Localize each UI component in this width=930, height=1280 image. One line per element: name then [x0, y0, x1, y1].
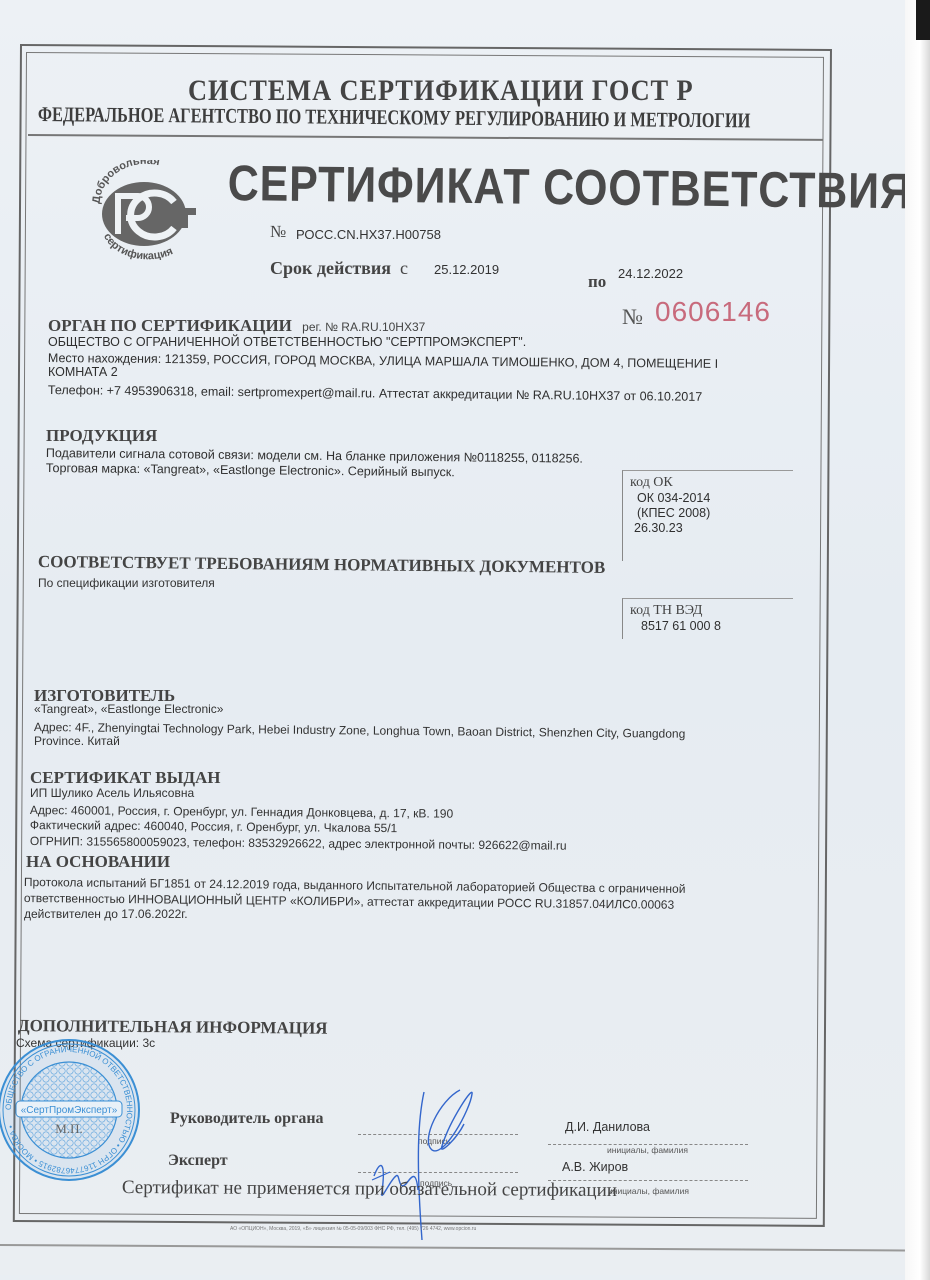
basis-heading: НА ОСНОВАНИИ — [26, 852, 170, 872]
manufacturer-name: «Tangreat», «Eastlonge Electronic» — [34, 702, 223, 716]
code-ok-title: код ОК — [630, 475, 793, 491]
number-label: № — [270, 222, 286, 242]
code-ok-line-2: (КПЕС 2008) — [637, 506, 793, 521]
cert-body-heading: ОРГАН ПО СЕРТИФИКАЦИИ рег. № RA.RU.10НХ3… — [48, 316, 425, 336]
head-name-caption: инициалы, фамилия — [607, 1145, 688, 1155]
expert-name: А.В. Жиров — [562, 1160, 628, 1174]
code-ok-line-1: ОК 034-2014 — [637, 491, 793, 506]
signature-icon — [360, 1080, 510, 1240]
issued-to-name: ИП Шулико Асель Ильясовна — [30, 786, 194, 800]
validity-label: Срок действия с — [270, 258, 408, 279]
basis-line-3: действителен до 17.06.2022г. — [24, 907, 188, 921]
system-title: СИСТЕМА СЕРТИФИКАЦИИ ГОСТ Р — [188, 74, 694, 108]
expert-label: Эксперт — [168, 1152, 228, 1170]
issued-to-heading: СЕРТИФИКАТ ВЫДАН — [30, 768, 221, 788]
cert-body-heading-text: ОРГАН ПО СЕРТИФИКАЦИИ — [48, 316, 292, 335]
blank-number-label: № — [622, 304, 643, 330]
certificate-page: СИСТЕМА СЕРТИФИКАЦИИ ГОСТ Р ФЕДЕРАЛЬНОЕ … — [0, 0, 905, 1275]
compliance-text: По спецификации изготовителя — [38, 576, 215, 590]
product-heading: ПРОДУКЦИЯ — [46, 426, 157, 446]
valid-from: 25.12.2019 — [434, 262, 499, 277]
footer-notice: Сертификат не применяется при обязательн… — [122, 1177, 617, 1202]
cert-body-address-cont: КОМНАТА 2 — [48, 365, 118, 379]
rst-logo-icon: Добровольная сертификация — [88, 160, 203, 260]
valid-to: 24.12.2022 — [618, 266, 683, 281]
code-ok-line-3: 26.30.23 — [634, 521, 793, 536]
code-tn-value: 8517 61 000 8 — [641, 619, 793, 634]
certificate-title: СЕРТИФИКАТ СООТВЕТСТВИЯ — [227, 154, 912, 220]
blank-number: 0606146 — [655, 296, 771, 328]
printer-imprint: АО «ОПЦИОН», Москва, 2019, «Б» лицензия … — [230, 1226, 476, 1232]
bottom-edge — [0, 1244, 905, 1252]
from-label: с — [400, 258, 408, 278]
to-label: по — [588, 272, 606, 292]
expert-name-caption: инициалы, фамилия — [608, 1186, 689, 1196]
cert-body-name: ОБЩЕСТВО С ОГРАНИЧЕННОЙ ОТВЕТСТВЕННОСТЬЮ… — [48, 335, 526, 349]
svg-text:«СертПромЭксперт»: «СертПромЭксперт» — [21, 1105, 118, 1116]
code-ok-box: код ОК ОК 034-2014 (КПЕС 2008) 26.30.23 — [622, 470, 793, 561]
seal-stamp-icon: ОБЩЕСТВО С ОГРАНИЧЕННОЙ ОТВЕТСТВЕННОСТЬЮ… — [0, 1035, 144, 1185]
head-label: Руководитель органа — [170, 1110, 324, 1128]
head-name: Д.И. Данилова — [565, 1120, 650, 1134]
scan-edge — [905, 0, 930, 1280]
scan-corner — [916, 0, 930, 40]
code-tn-box: код ТН ВЭД 8517 61 000 8 — [622, 598, 793, 639]
cert-body-reg: рег. № RA.RU.10НХ37 — [302, 320, 425, 334]
manufacturer-address-cont: Province. Китай — [34, 734, 120, 748]
svg-text:М.П.: М.П. — [55, 1121, 82, 1136]
validity-label-text: Срок действия — [270, 258, 391, 278]
certificate-number: РОСС.CN.НХ37.Н00758 — [296, 227, 441, 242]
code-tn-title: код ТН ВЭД — [630, 603, 793, 619]
